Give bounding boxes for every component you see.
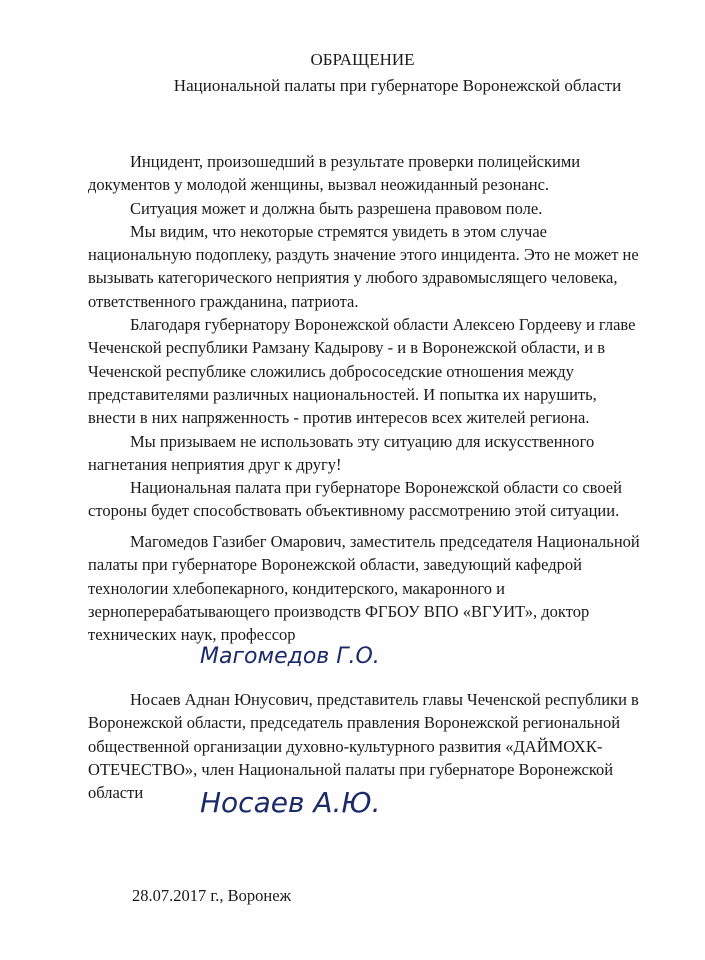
signatory-description: Магомедов Газибег Омарович, заместитель … [88,530,648,646]
signatory-1-block: Магомедов Газибег Омарович, заместитель … [88,530,648,646]
signature-1: Магомедов Г.О. [200,644,380,669]
document-title: ОБРАЩЕНИЕ [10,50,705,70]
document-subtitle: Национальной палаты при губернаторе Воро… [45,76,705,96]
paragraph: Мы видим, что некоторые стремятся увидет… [88,220,648,313]
paragraph: Национальная палата при губернаторе Воро… [88,476,648,523]
paragraph: Инцидент, произошедший в результате пров… [88,150,648,197]
paragraph: Ситуация может и должна быть разрешена п… [88,197,648,220]
date-place: 28.07.2017 г., Воронеж [132,886,291,906]
paragraph: Благодаря губернатору Воронежской област… [88,313,648,429]
document-body: Инцидент, произошедший в результате пров… [88,150,648,523]
signature-2: Носаев А.Ю. [200,786,381,819]
paragraph: Мы призываем не использовать эту ситуаци… [88,430,648,477]
document-page: ОБРАЩЕНИЕ Национальной палаты при губерн… [0,0,705,960]
